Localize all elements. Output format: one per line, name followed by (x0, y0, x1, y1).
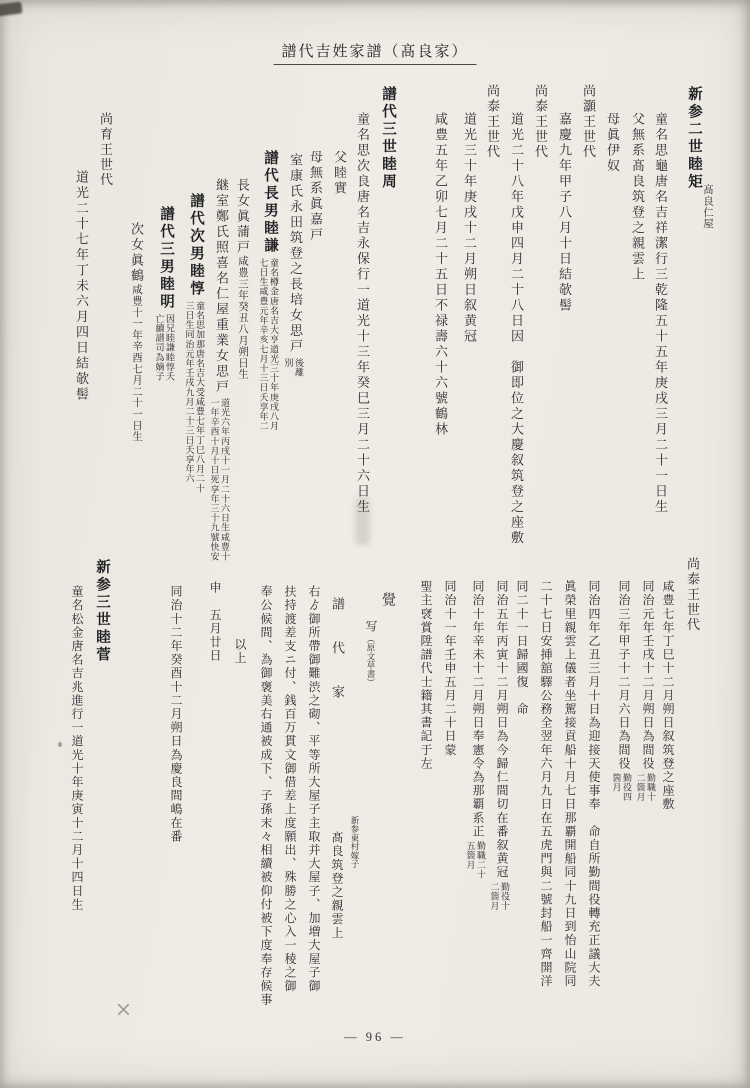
warichu-line: 一年辛酉十月十日死享年三十九號快安 (209, 398, 220, 561)
era-label-shotai: 尚泰王世代 (532, 84, 549, 160)
entry-text: 同治三年甲子十二月六日為間役 (617, 580, 631, 770)
document-copy-note: 写（原文草書） (362, 620, 380, 687)
page-number: ― 96 ― (344, 1030, 406, 1045)
section-header-3rd-mutsukan: 新参三世睦菅 (92, 559, 111, 664)
signer-note: 新参東村嫁子 (346, 816, 363, 868)
event-entry: 同治四年乙丑三月十日為迎接天使事奉 命自所勤間役轉充正議大夫 (585, 580, 602, 988)
warichu-line: 三日生同治元年壬戌九月二十三日夭享年六 (184, 301, 195, 493)
pencil-cross-mark (118, 1004, 129, 1015)
warichu-line: 七日生咸豊元年辛亥七月十三日夭享年二 (258, 258, 269, 431)
document-body-line: 奉公候間、為御褒美右通被成下、子孫末々相續被仰付被下度奉存候事 (257, 585, 274, 1007)
document-date: 申 五月廿日 (206, 581, 223, 663)
era-label-shotai: 尚泰王世代 (484, 84, 501, 160)
warichu-note: 勤役四箇月 (611, 773, 632, 802)
warichu-line: 二箇月 (489, 882, 500, 911)
father-entry: 父睦實 (331, 150, 348, 197)
event-entry: 同治十年辛未十二月朔日奉憲令為那覇系正勤職二十五箇月 (465, 580, 486, 880)
genealogy-scan-page: 譜代吉姓家譜（髙良家） 新参二世睦矩 髙良仁屋 童名思龜唐名吉祥潔行三乾隆五十五… (0, 0, 750, 1088)
warichu-line: 後離 (294, 358, 305, 377)
warichu-line: 童名樽金唐名吉大亨道光三十年庚戌八月 (269, 258, 280, 431)
second-wife-entry: 継室鄭氏照喜名仁屋重業女思戸道光六年丙戌十一月二十六日生咸豊十一年辛酉十月十日死… (209, 178, 230, 561)
event-entry: 同治三年甲子十二月六日為間役勤役四箇月 (611, 580, 632, 802)
document-addressee: 譜 代 家 (329, 597, 346, 707)
son3-header-mutsumei: 譜代三男睦明因兄睦謙睦惇夭亡續譜司為嫡子 (154, 206, 175, 381)
death-entry: 咸豊五年乙卯七月二十五日不禄壽六十六號鶴林 (432, 112, 449, 438)
warichu-line: 二箇月 (635, 773, 646, 802)
warichu-note: 道光六年丙戌十一月二十六日生咸豊十一年辛酉十月十日死享年三十九號快安 (209, 398, 230, 561)
warichu-line: 勤職十 (646, 773, 657, 802)
date-note: 咸豊十一年辛酉七月二十一日生 (131, 284, 142, 442)
warichu-line: 箇月 (611, 773, 622, 802)
event-entry: 同治十二年癸酉十二月朔日為慶良間嶋在番 (167, 585, 184, 843)
birth-entry: 童名松金唐名吉兆進行一道光十年庚寅十二月十四日生 (68, 585, 85, 911)
son2-header-mutsujun: 譜代次男睦惇童名思加那唐名吉大受咸豊七年丁巳八月二十三日生同治元年壬戌九月二十三… (184, 193, 205, 493)
event-entry: 道光三十年庚戌十二月朔日叙黄冠 (461, 112, 478, 345)
warichu-line: 勤役四 (622, 773, 633, 802)
copy-note: （原文草書） (366, 635, 376, 687)
entry-text: 同治五年丙寅十二月朔日為今歸仁間切在番叙黄冠 (495, 580, 509, 879)
era-label-shotai: 尚泰王世代 (684, 557, 701, 633)
document-heading: 覺 (379, 592, 396, 608)
warichu-note: 後離別 (283, 358, 304, 377)
wife-entry: 室康氏永田筑登之長培女思戸後離別 (283, 153, 304, 377)
entry-text: 継室鄭氏照喜名仁屋重業女思戸 (214, 178, 229, 395)
section-header-3rd-mutsushu: 譜代三世睦周 (378, 86, 397, 191)
page-title: 譜代吉姓家譜（髙良家） (273, 40, 476, 65)
warichu-note: 童名思加那唐名吉大受咸豊七年丁巳八月二十三日生同治元年壬戌九月二十三日夭享年六 (184, 301, 205, 493)
era-label-shoiku: 尚育王世代 (97, 112, 114, 188)
son1-header-mutsuken: 譜代長男睦謙童名樽金唐名吉大亨道光三十年庚戌八月七日生咸豊元年辛亥七月十三日夭享… (258, 150, 279, 431)
warichu-note: 勤役十二箇月 (489, 882, 510, 911)
birth-entry: 童名思龜唐名吉祥潔行三乾隆五十五年庚戌三月二十一日生 (652, 112, 669, 515)
event-entry: 同二十一日歸國復 命 (513, 580, 530, 716)
date-note: 咸豊三年癸丑八月朔日生 (237, 256, 248, 380)
document-body-line: 扶持渡差支ニ付、銭百万貫文御借差上度願出、殊勝之心入一稜之御 (281, 585, 298, 993)
warichu-line: 五箇月 (465, 841, 476, 879)
warichu-line: 童名思加那唐名吉大受咸豊七年丁巳八月二十 (195, 301, 206, 493)
event-entry: 道光二十七年丁未六月四日結欹髻 (73, 170, 90, 403)
event-entry: 同治五年丙寅十二月朔日為今歸仁間切在番叙黄冠勤役十二箇月 (489, 580, 510, 911)
warichu-note: 童名樽金唐名吉大亨道光三十年庚戌八月七日生咸豊元年辛亥七月十三日夭享年二 (258, 258, 279, 431)
signer-name: 髙良筑登之親雲上 (328, 831, 345, 940)
copy-label: 写 (364, 620, 378, 635)
warichu-line: 道光六年丙戌十一月二十六日生咸豊十 (220, 398, 231, 561)
document-body-line: 右ゟ御所帶御難渋之砌、平等所大屋子主取并大屋子、加増大屋子御 (305, 585, 322, 993)
entry-text: 譜代三男睦明 (158, 206, 174, 311)
warichu-line: 勤職二十 (476, 841, 487, 879)
warichu-line: 亡續譜司為嫡子 (154, 314, 165, 381)
warichu-line: 因兄睦謙睦惇夭 (165, 314, 176, 381)
entry-text: 次女眞鶴 (129, 222, 144, 284)
scan-corner-mark (0, 1, 23, 16)
entry-text: 長女眞蒲戸 (235, 178, 250, 256)
event-entry: 同治十一年壬申五月二十日蒙 (441, 580, 458, 757)
daughter1-entry: 長女眞蒲戸咸豊三年癸丑八月朔日生 (234, 178, 251, 380)
entry-text: 譜代次男睦惇 (188, 193, 204, 298)
warichu-note: 勤職二十五箇月 (465, 841, 486, 879)
warichu-note: 因兄睦謙睦惇夭亡續譜司為嫡子 (154, 314, 175, 381)
birth-entry: 童名思次良唐名吉永保行一道光十三年癸巳三月二十六日生 (354, 112, 371, 515)
event-entry: 咸豊七年丁巳十二月朔日叙筑登之座敷 (659, 580, 676, 811)
house-note: 髙良仁屋 (699, 184, 716, 229)
entry-text: 同治元年壬戌十二月朔日為間役 (641, 580, 655, 770)
warichu-note: 勤職十二箇月 (635, 773, 656, 802)
warichu-line: 勤役十 (500, 882, 511, 911)
daughter2-entry: 次女眞鶴咸豊十一年辛酉七月二十一日生 (128, 222, 145, 442)
mother-entry: 母眞伊奴 (604, 112, 621, 174)
event-entry: 道光二十八年戊申四月二十八日因 御即位之大慶叙筑登之座敷 (508, 112, 525, 546)
event-entry: 聖主裦賞陞譜代士籍其書記于左 (417, 580, 434, 770)
father-entry: 父無系髙良筑登之親雲上 (629, 112, 646, 283)
event-entry: 眞榮里親雲上儀者坐駕接貢船十月七日那覇開船同十九日到怡山院同 (561, 580, 578, 988)
document-closing: 以上 (231, 638, 248, 665)
event-entry: 嘉慶九年甲子八月十日結欹髻 (556, 112, 573, 314)
event-entry: 同治元年壬戌十二月朔日為間役勤職十二箇月 (635, 580, 656, 802)
mother-entry: 母無系眞嘉戸 (307, 150, 324, 243)
event-entry: 二十七日安挿舘驛公務全翌年六月九日在五虎門與二號封船一齊開洋 (537, 580, 554, 988)
pencil-dot (58, 742, 62, 747)
era-label-shoko: 尚灝王世代 (580, 84, 597, 160)
entry-text: 同治十年辛未十二月朔日奉憲令為那覇系正 (471, 580, 485, 838)
section-header-2nd-mutsunori: 新参二世睦矩 (684, 86, 703, 191)
entry-text: 室康氏永田筑登之長培女思戸 (288, 153, 303, 355)
warichu-line: 別 (283, 358, 294, 377)
entry-text: 譜代長男睦謙 (262, 150, 278, 255)
